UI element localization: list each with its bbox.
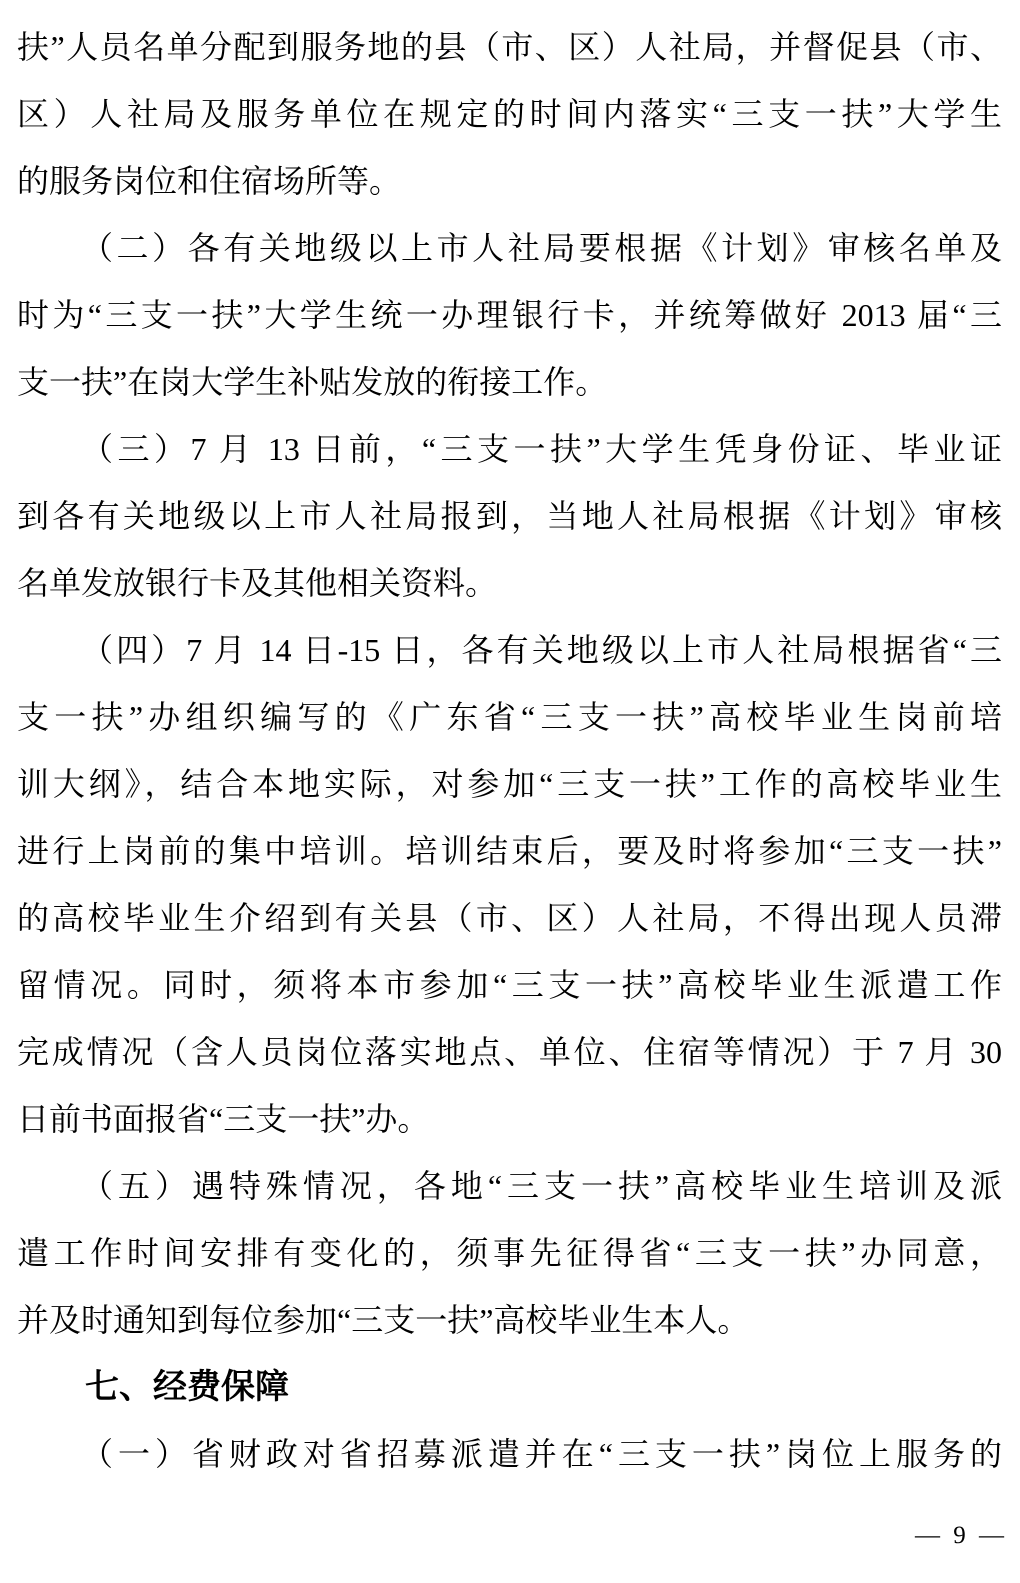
document-line: 进行上岗前的集中培训。培训结束后，要及时将参加“三支一扶” (17, 818, 1002, 885)
document-line: （二）各有关地级以上市人社局要根据《计划》审核名单及 (17, 215, 1002, 282)
document-line: 支一扶”办组织编写的《广东省“三支一扶”高校毕业生岗前培 (17, 684, 1002, 751)
document-line: （一）省财政对省招募派遣并在“三支一扶”岗位上服务的 (17, 1421, 1002, 1488)
document-line: 日前书面报省“三支一扶”办。 (17, 1086, 1002, 1153)
document-line: 训大纲》，结合本地实际，对参加“三支一扶”工作的高校毕业生 (17, 751, 1002, 818)
document-line: 的服务岗位和住宿场所等。 (17, 148, 1002, 215)
document-line: 时为“三支一扶”大学生统一办理银行卡，并统筹做好 2013 届“三 (17, 282, 1002, 349)
document-line: 支一扶”在岗大学生补贴发放的衔接工作。 (17, 349, 1002, 416)
document-line: 的高校毕业生介绍到有关县（市、区）人社局，不得出现人员滞 (17, 885, 1002, 952)
document-page: 扶”人员名单分配到服务地的县（市、区）人社局，并督促县（市、 区）人社局及服务单… (0, 0, 1020, 1583)
document-line: （三）7 月 13 日前，“三支一扶”大学生凭身份证、毕业证 (17, 416, 1002, 483)
document-line: 到各有关地级以上市人社局报到，当地人社局根据《计划》审核 (17, 483, 1002, 550)
section-heading-funding: 七、经费保障 (17, 1354, 1002, 1421)
document-line: 并及时通知到每位参加“三支一扶”高校毕业生本人。 (17, 1287, 1002, 1354)
document-line: 遣工作时间安排有变化的，须事先征得省“三支一扶”办同意， (17, 1220, 1002, 1287)
document-line: 完成情况（含人员岗位落实地点、单位、住宿等情况）于 7 月 30 (17, 1019, 1002, 1086)
document-line: 名单发放银行卡及其他相关资料。 (17, 550, 1002, 617)
document-line: 区）人社局及服务单位在规定的时间内落实“三支一扶”大学生 (17, 81, 1002, 148)
document-line: （五）遇特殊情况，各地“三支一扶”高校毕业生培训及派 (17, 1153, 1002, 1220)
document-line: 留情况。同时，须将本市参加“三支一扶”高校毕业生派遣工作 (17, 952, 1002, 1019)
page-number: — 9 — (915, 1518, 1004, 1554)
document-body: 扶”人员名单分配到服务地的县（市、区）人社局，并督促县（市、 区）人社局及服务单… (17, 14, 1002, 1488)
document-line: （四）7 月 14 日-15 日，各有关地级以上市人社局根据省“三 (17, 617, 1002, 684)
document-line: 扶”人员名单分配到服务地的县（市、区）人社局，并督促县（市、 (17, 14, 1002, 81)
